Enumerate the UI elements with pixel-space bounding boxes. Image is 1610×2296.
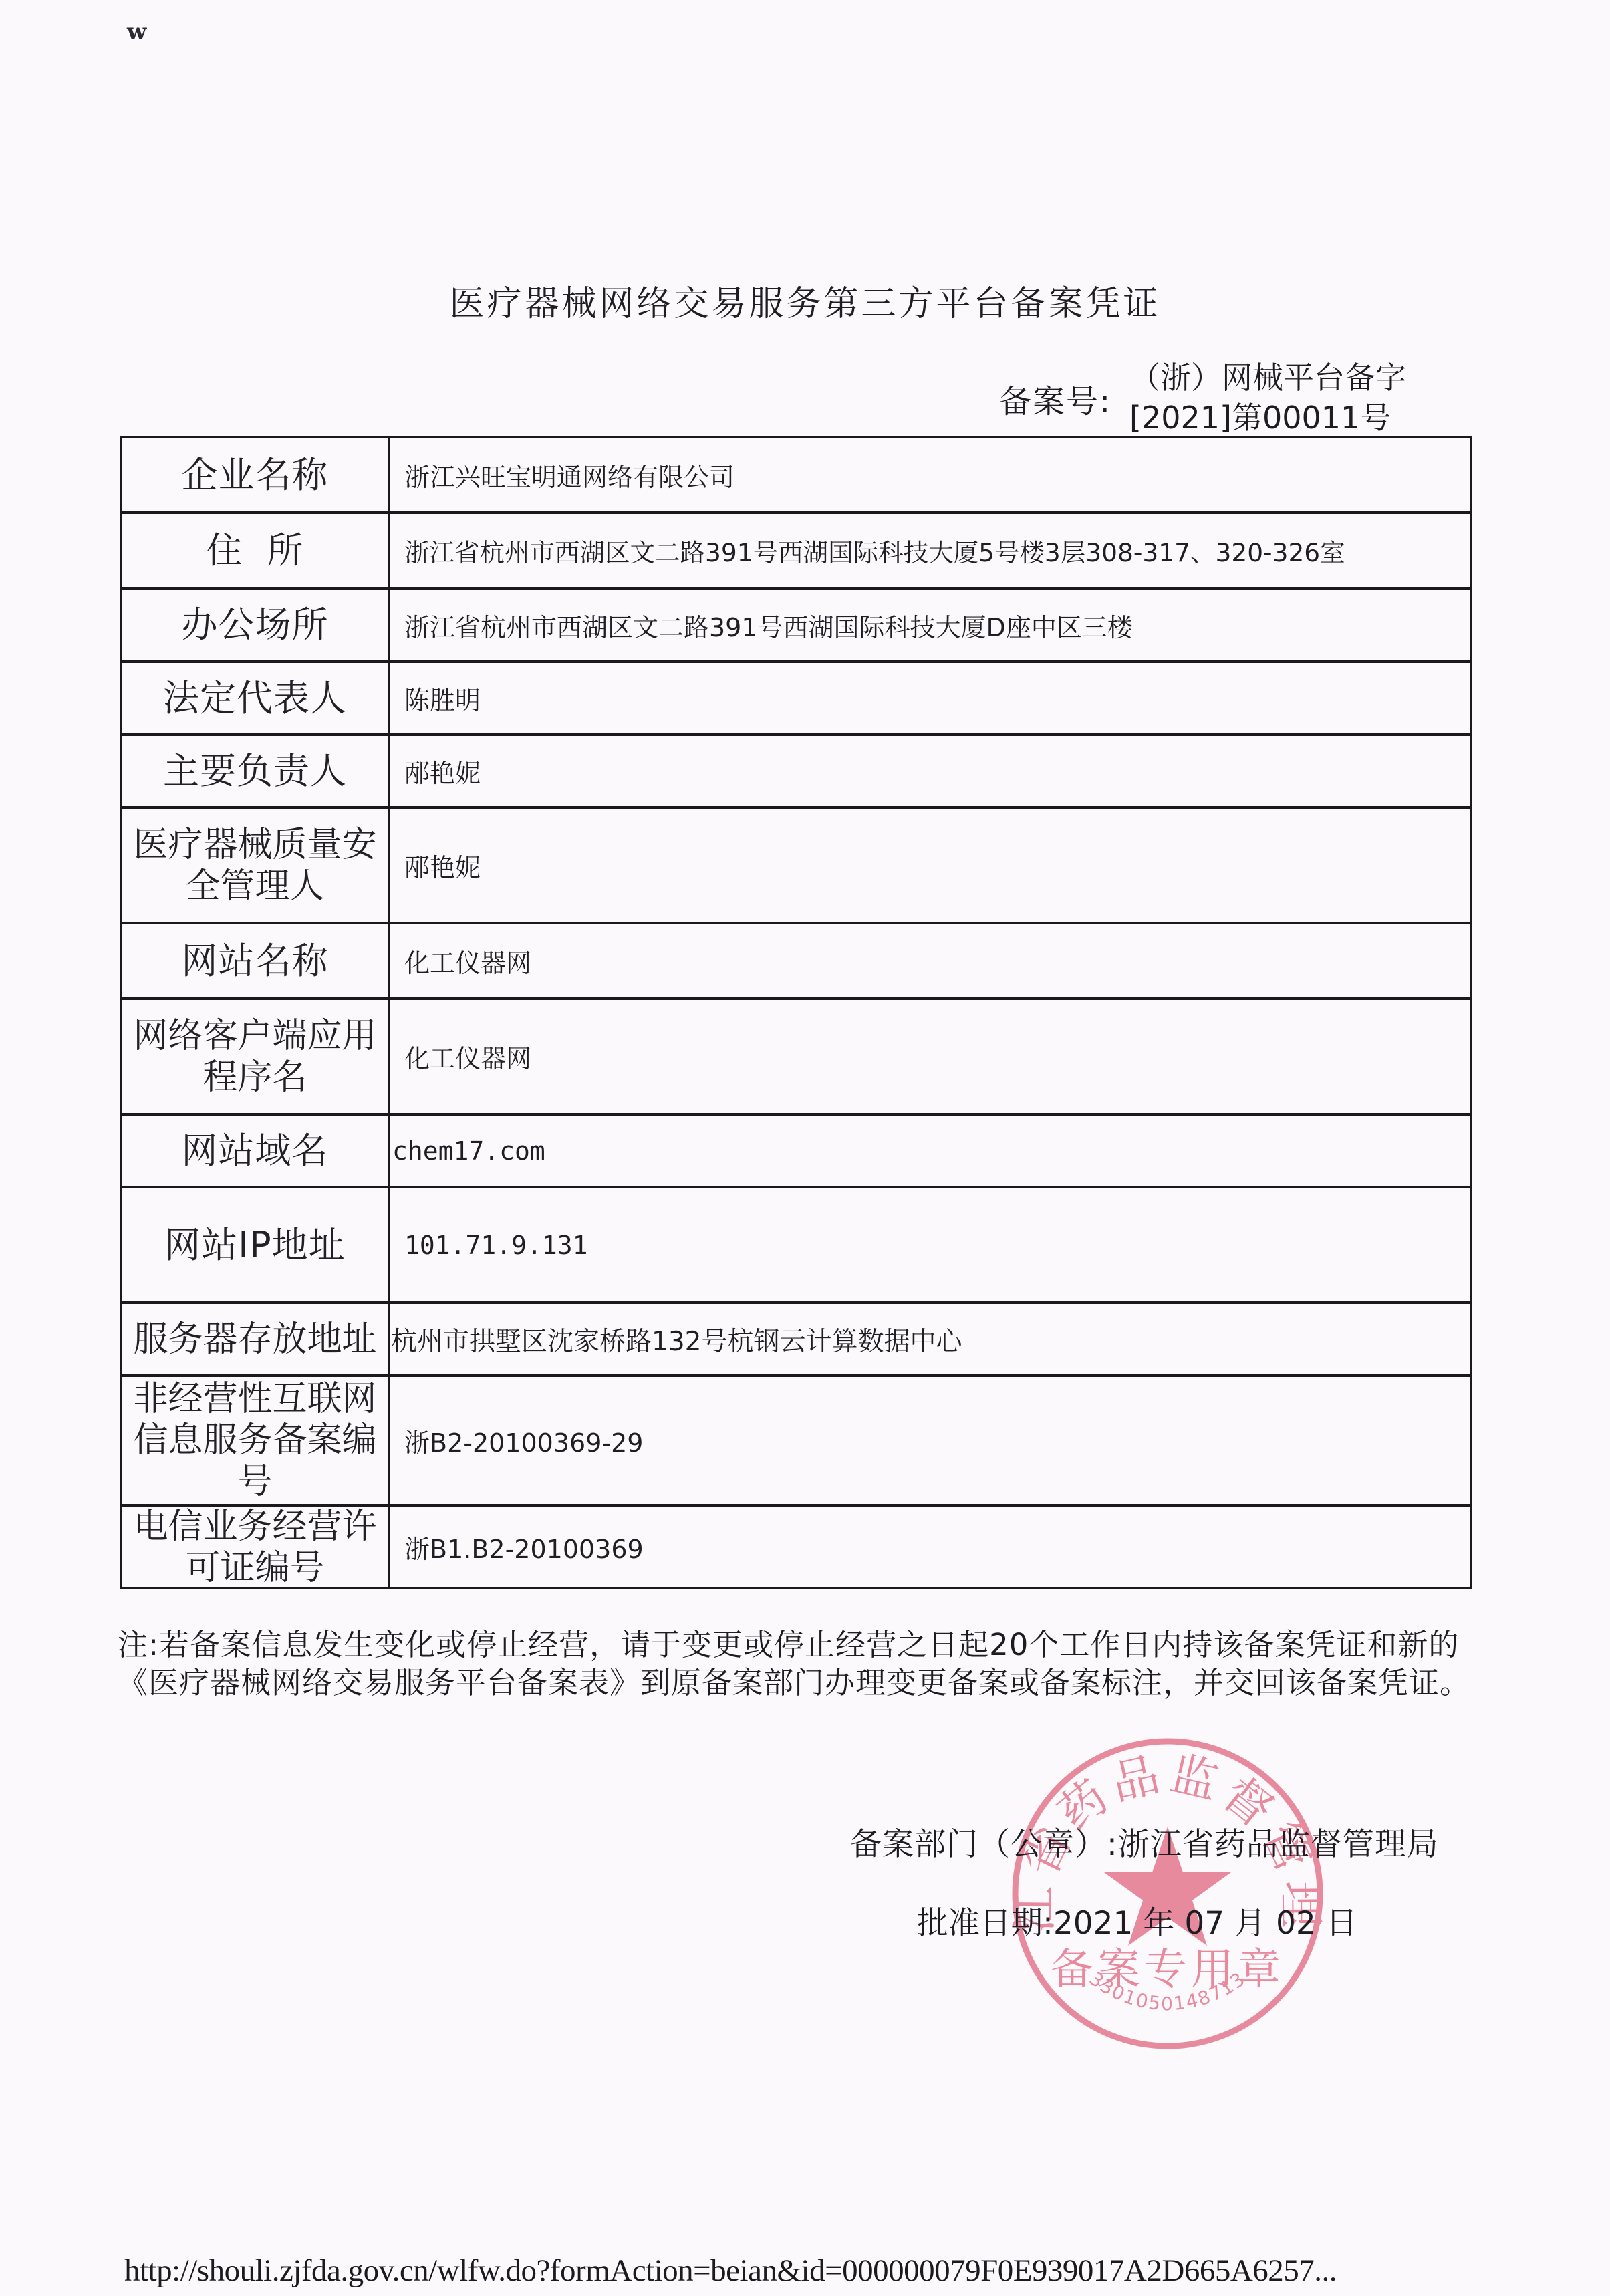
table-row: 网站域名 chem17.com bbox=[122, 1113, 1470, 1186]
table-row: 主要负责人 邴艳妮 bbox=[122, 733, 1470, 806]
row-value: 邴艳妮 bbox=[390, 809, 1470, 922]
row-value: 浙江兴旺宝明通网络有限公司 bbox=[390, 438, 1470, 511]
row-label: 主要负责人 bbox=[122, 736, 390, 806]
row-label: 网站IP地址 bbox=[122, 1188, 390, 1301]
row-label: 企业名称 bbox=[122, 438, 390, 511]
corner-mark: w bbox=[127, 19, 146, 45]
row-label: 办公场所 bbox=[122, 590, 390, 660]
svg-text:3301050148713: 3301050148713 bbox=[1085, 1967, 1250, 2015]
table-row: 非经营性互联网信息服务备案编号 浙B2-20100369-29 bbox=[122, 1374, 1470, 1504]
row-value: 浙B2-20100369-29 bbox=[390, 1377, 1470, 1504]
row-label: 法定代表人 bbox=[122, 663, 390, 733]
table-row: 医疗器械质量安全管理人 邴艳妮 bbox=[122, 806, 1470, 922]
registration-label: 备案号: bbox=[999, 376, 1111, 422]
table-row: 电信业务经营许可证编号 浙B1.B2-20100369 bbox=[122, 1504, 1470, 1587]
row-value: 浙江省杭州市西湖区文二路391号西湖国际科技大厦D座中区三楼 bbox=[390, 590, 1470, 660]
row-label: 网站名称 bbox=[122, 924, 390, 997]
table-row: 服务器存放地址 杭州市拱墅区沈家桥路132号杭钢云计算数据中心 bbox=[122, 1301, 1470, 1374]
stamp-code: 3301050148713 bbox=[1085, 1967, 1250, 2015]
row-label: 非经营性互联网信息服务备案编号 bbox=[122, 1377, 390, 1504]
row-label: 网络客户端应用程序名 bbox=[122, 1000, 390, 1113]
row-value: 邴艳妮 bbox=[390, 736, 1470, 806]
registration-number-line1: （浙）网械平台备字 bbox=[1129, 360, 1406, 396]
source-url: http://shouli.zjfda.gov.cn/wlfw.do?formA… bbox=[124, 2253, 1337, 2289]
row-value: 杭州市拱墅区沈家桥路132号杭钢云计算数据中心 bbox=[390, 1304, 1470, 1374]
record-table: 企业名称 浙江兴旺宝明通网络有限公司 住 所 浙江省杭州市西湖区文二路391号西… bbox=[120, 436, 1472, 1589]
row-value: 化工仪器网 bbox=[390, 924, 1470, 997]
official-seal-icon: 浙江省药品监督管理局 备案专用章 3301050148713 bbox=[1000, 1727, 1335, 2061]
row-value: chem17.com bbox=[390, 1116, 1470, 1186]
row-value: 浙B1.B2-20100369 bbox=[390, 1507, 1470, 1587]
filing-department: 备案部门（公章）:浙江省药品监督管理局 bbox=[850, 1819, 1439, 1864]
table-row: 住 所 浙江省杭州市西湖区文二路391号西湖国际科技大厦5号楼3层308-317… bbox=[122, 511, 1470, 587]
row-value: 陈胜明 bbox=[390, 663, 1470, 733]
table-row: 网络客户端应用程序名 化工仪器网 bbox=[122, 997, 1470, 1113]
table-row: 办公场所 浙江省杭州市西湖区文二路391号西湖国际科技大厦D座中区三楼 bbox=[122, 587, 1470, 660]
row-label: 服务器存放地址 bbox=[122, 1304, 390, 1374]
row-value: 化工仪器网 bbox=[390, 1000, 1470, 1113]
row-label: 网站域名 bbox=[122, 1116, 390, 1186]
row-label: 医疗器械质量安全管理人 bbox=[122, 809, 390, 922]
table-row: 企业名称 浙江兴旺宝明通网络有限公司 bbox=[122, 438, 1470, 511]
row-label: 电信业务经营许可证编号 bbox=[122, 1507, 390, 1587]
document-title: 医疗器械网络交易服务第三方平台备案凭证 bbox=[0, 275, 1610, 326]
note-text: 注:若备案信息发生变化或停止经营，请于变更或停止经营之日起20个工作日内持该备案… bbox=[118, 1626, 1474, 1702]
row-value: 浙江省杭州市西湖区文二路391号西湖国际科技大厦5号楼3层308-317、320… bbox=[390, 514, 1470, 587]
table-row: 法定代表人 陈胜明 bbox=[122, 660, 1470, 733]
registration-number: （浙）网械平台备字 [2021]第00011号 bbox=[1129, 358, 1406, 438]
stamp-center-text: 备案专用章 bbox=[1051, 1945, 1285, 1995]
row-label: 住 所 bbox=[122, 514, 390, 587]
row-value: 101.71.9.131 bbox=[390, 1188, 1470, 1301]
approval-date: 批准日期:2021 年 07 月 02 日 bbox=[917, 1898, 1357, 1943]
table-row: 网站名称 化工仪器网 bbox=[122, 922, 1470, 997]
table-row: 网站IP地址 101.71.9.131 bbox=[122, 1186, 1470, 1301]
registration-number-line2: [2021]第00011号 bbox=[1129, 400, 1391, 436]
